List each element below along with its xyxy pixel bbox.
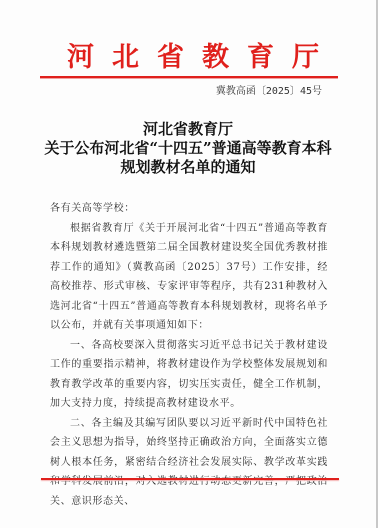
title-line-3: 规划教材名单的通知 <box>0 158 376 177</box>
salutation: 各有关高等学校： <box>50 199 328 219</box>
document-body: 各有关高等学校： 根据省教育厅《关于开展河北省“十四五”普通高等教育本科规划教材… <box>50 199 328 511</box>
document-page: 河北省教育厅 冀教高函〔2025〕45号 河北省教育厅 关于公布河北省“十四五”… <box>0 0 376 528</box>
title-line-1: 河北省教育厅 <box>0 120 376 139</box>
footer-red-rule <box>41 478 339 480</box>
masthead-red-rule <box>40 76 338 78</box>
paragraph-item-1: 一、各高校要深入贯彻落实习近平总书记关于教材建设工作的重要指示精神，将教材建设作… <box>50 336 328 414</box>
document-number: 冀教高函〔2025〕45号 <box>216 85 322 99</box>
title-line-2: 关于公布河北省“十四五”普通高等教育本科 <box>0 139 376 158</box>
document-title: 河北省教育厅 关于公布河北省“十四五”普通高等教育本科 规划教材名单的通知 <box>0 120 376 177</box>
paragraph-item-2: 二、各主编及其编写团队要以习近平新时代中国特色社会主义思想为指导，始终坚持正确政… <box>50 414 328 512</box>
paragraph-intro: 根据省教育厅《关于开展河北省“十四五”普通高等教育本科规划教材遴选暨第二届全国教… <box>50 219 328 336</box>
masthead-issuer: 河北省教育厅 <box>0 40 378 76</box>
